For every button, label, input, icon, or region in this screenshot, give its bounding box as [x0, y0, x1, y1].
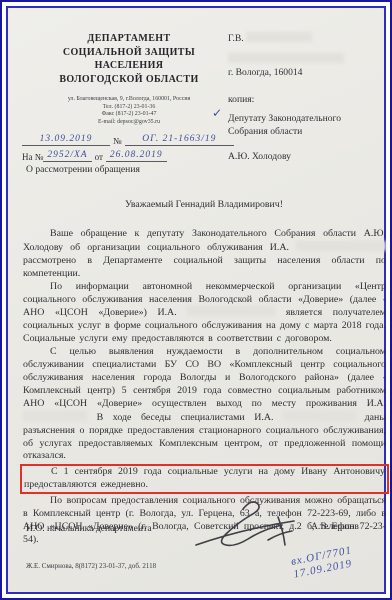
recipient-city: г. Вологда, 160014	[228, 66, 386, 79]
checkmark-icon: ✓	[212, 106, 223, 122]
p3-text-a: С целью выявления нуждаемости в дополнит…	[23, 346, 386, 409]
incoming-date-handwritten: 26.08.2019	[106, 150, 167, 162]
org-line: ВОЛОГОДСКОЙ ОБЛАСТИ	[30, 73, 228, 87]
copy-to-line2: Собрания области	[228, 125, 386, 138]
number-sign-label: №	[110, 136, 125, 146]
outgoing-reference-line: 13.09.2019 № ОГ. 21-1663/19	[22, 134, 234, 146]
recipient-initials: Г.В.	[228, 33, 244, 44]
org-line: НАСЕЛЕНИЯ	[30, 59, 228, 73]
outgoing-number-handwritten: ОГ. 21-1663/19	[125, 134, 234, 146]
copy-to-name: А.Ю. Холодову	[228, 150, 386, 163]
redacted-name	[187, 306, 275, 316]
subject-line: О рассмотрении обращения	[26, 164, 140, 175]
incoming-from-label: от	[92, 152, 106, 162]
executor-contact: Ж.Е. Смирнова, 8(8172) 23-01-37, доб. 21…	[26, 562, 156, 570]
outgoing-date-handwritten: 13.09.2019	[22, 134, 110, 146]
incoming-reference-line: На № 2952/ХА от 26.08.2019	[22, 150, 234, 162]
paragraph-1: Ваше обращение к депутату Законодательно…	[23, 228, 386, 281]
p1-text-b: рассмотрено в Департаменте социальной за…	[23, 255, 386, 279]
org-line: ДЕПАРТАМЕНТ	[30, 32, 228, 46]
scanned-letter-page: ДЕПАРТАМЕНТ СОЦИАЛЬНОЙ ЗАЩИТЫ НАСЕЛЕНИЯ …	[0, 0, 392, 600]
redacted-name	[296, 241, 386, 251]
signer-name: А.В. Ершов	[311, 521, 359, 532]
salutation: Уважаемый Геннадий Владимирович!	[8, 199, 392, 210]
copy-to-line1: Депутату Законодательного	[228, 112, 386, 125]
redacted-name	[283, 411, 355, 421]
incoming-label: На №	[22, 152, 43, 162]
org-line: СОЦИАЛЬНОЙ ЗАЩИТЫ	[30, 46, 228, 60]
signer-position: И.О. начальника департамента	[26, 523, 152, 534]
recipient-initials-row: Г.В.	[228, 32, 386, 45]
redacted-recipient-name	[246, 32, 312, 42]
letterhead-address: ул. Благовещенская, 9, г.Вологда, 160001…	[30, 96, 228, 104]
letterhead-org-name: ДЕПАРТАМЕНТ СОЦИАЛЬНОЙ ЗАЩИТЫ НАСЕЛЕНИЯ …	[30, 32, 228, 86]
handwritten-signature	[186, 485, 304, 557]
letterhead-contacts: ул. Благовещенская, 9, г.Вологда, 160001…	[30, 96, 228, 126]
redacted-address-row	[228, 53, 386, 66]
letterhead-fax: Факс (817-2) 23-01-47	[30, 111, 228, 119]
recipient-block: Г.В. г. Вологда, 160014 копия: Депутату …	[228, 32, 386, 163]
paragraph-3: С целью выявления нуждаемости в дополнит…	[23, 346, 386, 463]
paragraph-2: По информации автономной некоммерческой …	[23, 281, 386, 347]
paper-sheet: ДЕПАРТАМЕНТ СОЦИАЛЬНОЙ ЗАЩИТЫ НАСЕЛЕНИЯ …	[6, 6, 386, 594]
copy-label: копия:	[228, 93, 386, 106]
redacted-name	[23, 411, 87, 421]
letterhead-email: E-mail: depsoc@gov35.ru	[30, 119, 228, 127]
redacted-recipient-address	[228, 53, 344, 63]
incoming-number-handwritten: 2952/ХА	[43, 150, 91, 162]
p3-text-b: В ходе беседы специалистами И.А.	[97, 412, 274, 423]
